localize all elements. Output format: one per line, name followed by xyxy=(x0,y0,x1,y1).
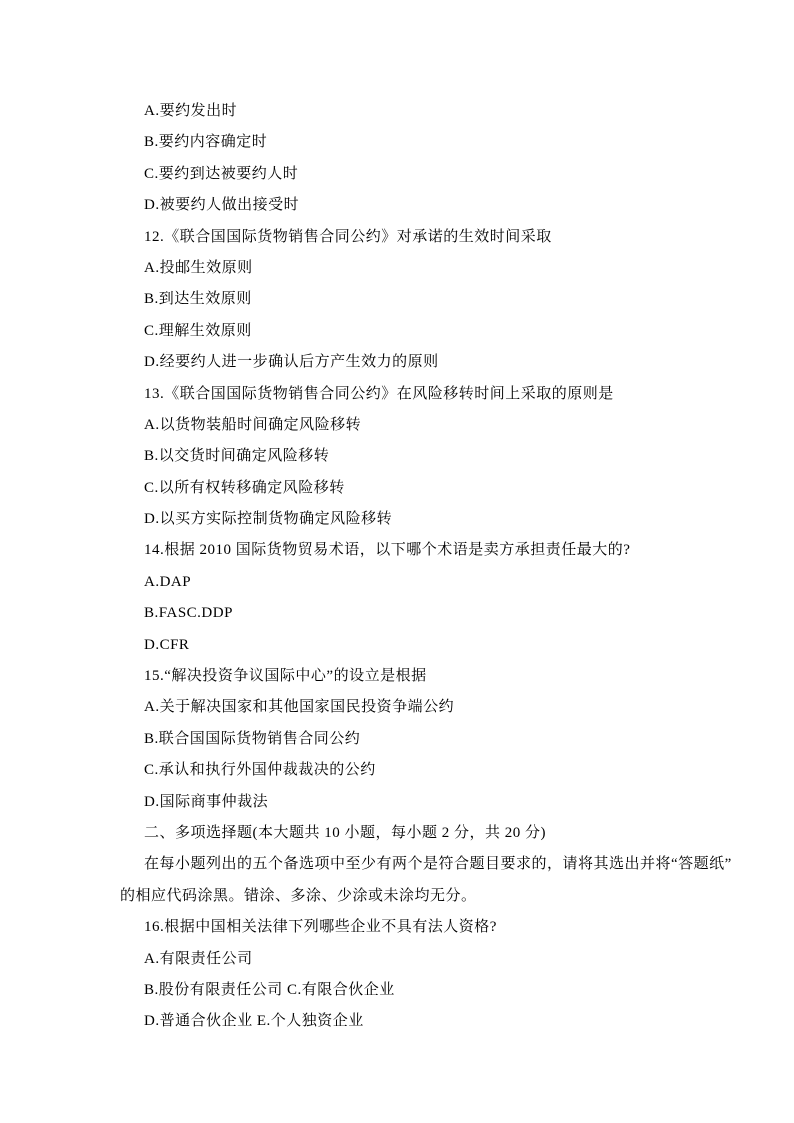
option-13-d: D.以买方实际控制货物确定风险移转 xyxy=(120,504,754,535)
option-16-b-c: B.股份有限责任公司 C.有限合伙企业 xyxy=(120,975,754,1006)
section-2-instructions-line-2: 的相应代码涂黑。错涂、多涂、少涂或未涂均无分。 xyxy=(120,881,754,912)
option-13-a: A.以货物装船时间确定风险移转 xyxy=(120,410,754,441)
option-11-a: A.要约发出时 xyxy=(120,96,754,127)
option-16-a: A.有限责任公司 xyxy=(120,944,754,975)
option-12-c: C.理解生效原则 xyxy=(120,316,754,347)
section-2-header: 二、多项选择题(本大题共 10 小题，每小题 2 分，共 20 分) xyxy=(120,818,754,849)
question-16: 16.根据中国相关法律下列哪些企业不具有法人资格? xyxy=(120,912,754,943)
section-2-instructions-line-1: 在每小题列出的五个备选项中至少有两个是符合题目要求的，请将其选出并将“答题纸” xyxy=(120,849,754,880)
question-14: 14.根据 2010 国际货物贸易术语，以下哪个术语是卖方承担责任最大的? xyxy=(120,535,754,566)
option-12-a: A.投邮生效原则 xyxy=(120,253,754,284)
option-16-d-e: D.普通合伙企业 E.个人独资企业 xyxy=(120,1006,754,1037)
option-13-b: B.以交货时间确定风险移转 xyxy=(120,441,754,472)
option-13-c: C.以所有权转移确定风险移转 xyxy=(120,473,754,504)
option-14-b: B.FASC.DDP xyxy=(120,598,754,629)
question-12: 12.《联合国国际货物销售合同公约》对承诺的生效时间采取 xyxy=(120,222,754,253)
option-15-a: A.关于解决国家和其他国家国民投资争端公约 xyxy=(120,692,754,723)
option-11-c: C.要约到达被要约人时 xyxy=(120,159,754,190)
text-block: A.要约发出时B.要约内容确定时C.要约到达被要约人时D.被要约人做出接受时12… xyxy=(120,96,754,1038)
exam-paper-page: A.要约发出时B.要约内容确定时C.要约到达被要约人时D.被要约人做出接受时12… xyxy=(0,0,794,1123)
option-12-d: D.经要约人进一步确认后方产生效力的原则 xyxy=(120,347,754,378)
option-12-b: B.到达生效原则 xyxy=(120,284,754,315)
question-13: 13.《联合国国际货物销售合同公约》在风险移转时间上采取的原则是 xyxy=(120,379,754,410)
option-11-d: D.被要约人做出接受时 xyxy=(120,190,754,221)
option-14-d: D.CFR xyxy=(120,630,754,661)
option-15-c: C.承认和执行外国仲裁裁决的公约 xyxy=(120,755,754,786)
option-11-b: B.要约内容确定时 xyxy=(120,127,754,158)
question-15: 15.“解决投资争议国际中心”的设立是根据 xyxy=(120,661,754,692)
option-14-a: A.DAP xyxy=(120,567,754,598)
option-15-d: D.国际商事仲裁法 xyxy=(120,787,754,818)
option-15-b: B.联合国国际货物销售合同公约 xyxy=(120,724,754,755)
